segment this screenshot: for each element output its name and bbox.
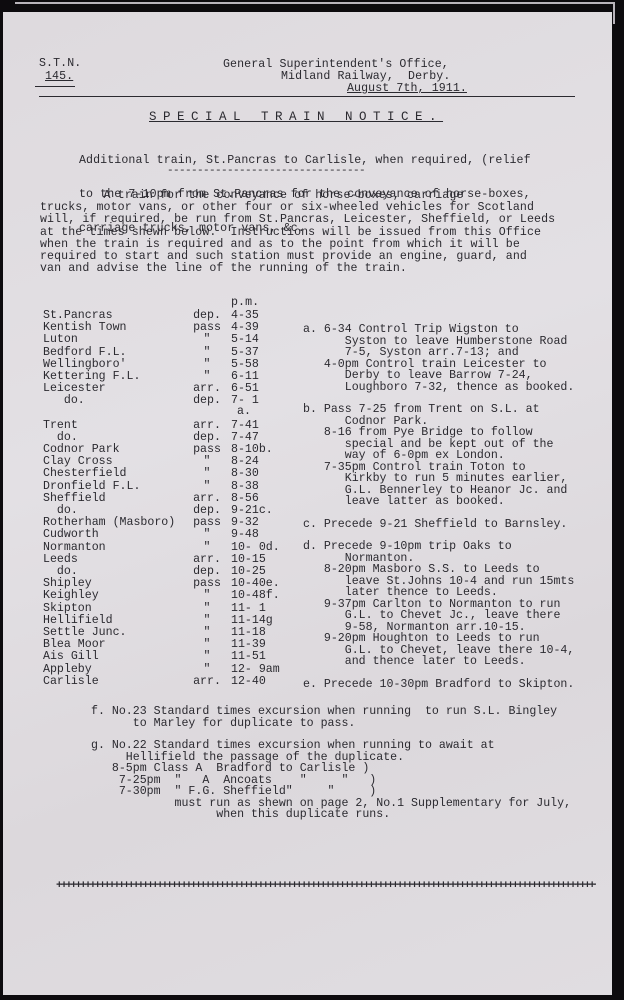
station-name: St.Pancras (43, 309, 113, 322)
pm-label: p.m. (231, 297, 259, 308)
time-value: 8-10b. (231, 443, 273, 456)
arrival-mark: " (187, 333, 227, 346)
footnote-g: g. No.22 Standard times excursion when r… (91, 740, 601, 821)
footnote-f: f. No.23 Standard times excursion when r… (91, 706, 601, 729)
station-name: Leicester (43, 382, 106, 395)
arrival-mark: dep. (187, 431, 227, 444)
note-c: c. Precede 9-21 Sheffield to Barnsley. (303, 519, 603, 531)
subtitle-rule: --------------------------------- (167, 165, 365, 177)
timetable-row: Hellifield"11-14g (43, 614, 293, 626)
note-d: d. Precede 9-10pm trip Oaks to Normanton… (303, 541, 603, 668)
arrival-mark: " (187, 467, 227, 480)
time-value: 4-39 (231, 321, 259, 334)
time-value: 8-38 (231, 480, 259, 493)
footnotes: f. No.23 Standard times excursion when r… (91, 706, 601, 832)
station-name: Appleby (43, 663, 92, 676)
station-name: Chesterfield (43, 467, 127, 480)
arrival-mark: arr. (187, 419, 227, 432)
timetable-row: Clay Cross"8-24 (43, 455, 293, 467)
time-value: 10-40e. (231, 577, 280, 590)
end-marker: ++++++++++++++++++++++++++++++++++++++++… (56, 880, 596, 892)
station-name: do. (43, 431, 78, 444)
timetable-row: Blea Moor"11-39 (43, 638, 293, 650)
station-name: do. (43, 504, 78, 517)
station-name: Ais Gill (43, 650, 99, 663)
arrival-mark: " (187, 589, 227, 602)
timetable-row: do.dep.10-25 (43, 565, 293, 577)
station-name: Trent (43, 419, 78, 432)
arrival-mark: " (187, 358, 227, 371)
note-e: e. Precede 10-30pm Bradford to Skipton. (303, 679, 603, 691)
station-name: Shipley (43, 577, 92, 590)
notice-title: SPECIAL TRAIN NOTICE. (149, 110, 443, 124)
station-name: Carlisle (43, 675, 99, 688)
timetable-row: Normanton"10- 0d. (43, 541, 293, 553)
station-name: Blea Moor (43, 638, 106, 651)
station-name: Luton (43, 333, 78, 346)
timetable-row: Bedford F.L."5-37 (43, 346, 293, 358)
time-value: 6-11 (231, 370, 259, 383)
time-value: 10- 0d. (231, 541, 280, 554)
arrival-mark: " (187, 626, 227, 639)
time-value: 5-14 (231, 333, 259, 346)
arrival-mark: pass (187, 516, 227, 529)
office-line1: General Superintendent's Office, (223, 59, 449, 70)
timetable-row: Sheffieldarr.8-56 (43, 492, 293, 504)
time-value: 11- 1 (231, 602, 266, 615)
time-value: 11-18 (231, 626, 266, 639)
office-line2: Midland Railway, Derby. (281, 71, 450, 82)
arrival-mark: arr. (187, 675, 227, 688)
time-value: 7-47 (231, 431, 259, 444)
time-value: 11-39 (231, 638, 266, 651)
timetable-row: Skipton"11- 1 (43, 602, 293, 614)
note-a: a. 6-34 Control Trip Wigston to Syston t… (303, 324, 603, 393)
station-name: Settle Junc. (43, 626, 127, 639)
intro-line: at the times shewn below. Instructions w… (40, 227, 555, 239)
arrival-mark: " (187, 663, 227, 676)
timetable-notes: a. 6-34 Control Trip Wigston to Syston t… (303, 324, 603, 701)
timetable-row: do.dep.9-21c. (43, 504, 293, 516)
timetable-row: Dronfield F.L."8-38 (43, 480, 293, 492)
station-name: Bedford F.L. (43, 346, 127, 359)
time-value: 7-41 (231, 419, 259, 432)
station-name: Leeds (43, 553, 78, 566)
time-value: 12-40 (231, 675, 266, 688)
arrival-mark: " (187, 602, 227, 615)
station-name: Normanton (43, 541, 106, 554)
arrival-mark: " (187, 638, 227, 651)
arrival-mark: " (187, 370, 227, 383)
station-name: Hellifield (43, 614, 113, 627)
timetable-row: Appleby"12- 9am (43, 663, 293, 675)
timetable-row: Carlislearr.12-40 (43, 675, 293, 687)
timetable-row: Leicesterarr.6-51 (43, 382, 293, 394)
station-name: Kettering F.L. (43, 370, 140, 383)
time-value: 10-48f. (231, 589, 280, 602)
arrival-mark: " (187, 528, 227, 541)
timetable-row: Kentish Townpass4-39 (43, 321, 293, 333)
timetable-row: Shipleypass10-40e. (43, 577, 293, 589)
timetable-row: Rotherham (Masboro)pass9-32 (43, 516, 293, 528)
station-name: Clay Cross (43, 455, 113, 468)
arrival-mark: arr. (187, 553, 227, 566)
timetable-row: Wellingboro'"5-58 (43, 358, 293, 370)
station-name: do. (43, 565, 78, 578)
ref-number: 145. (45, 71, 73, 82)
notice-date: August 7th, 1911. (347, 83, 467, 94)
station-name: Cudworth (43, 528, 99, 541)
note-b: b. Pass 7-25 from Trent on S.L. at Codno… (303, 404, 603, 508)
station-name: Sheffield (43, 492, 106, 505)
header-rule (39, 96, 575, 97)
timetable-row: do.dep.7-47 (43, 431, 293, 443)
timetable-row: Ais Gill"11-51 (43, 650, 293, 662)
timetable-row: Cudworth"9-48 (43, 528, 293, 540)
arrival-mark: dep. (187, 394, 227, 407)
intro-line: will, if required, be run from St.Pancra… (40, 214, 555, 226)
timetable-row: Codnor Parkpass8-10b. (43, 443, 293, 455)
time-value: 8-24 (231, 455, 259, 468)
time-value: 8-30 (231, 467, 259, 480)
time-value: 7- 1 (231, 394, 259, 407)
time-value: 5-37 (231, 346, 259, 359)
time-value: 9-32 (231, 516, 259, 529)
timetable-row: Luton"5-14 (43, 333, 293, 345)
time-value: 5-58 (231, 358, 259, 371)
arrival-mark: arr. (187, 492, 227, 505)
station-name: Wellingboro' (43, 358, 127, 371)
ref-underline (35, 86, 75, 87)
arrival-mark: " (187, 650, 227, 663)
arrival-mark: dep. (187, 565, 227, 578)
ref-code: S.T.N. (39, 58, 81, 69)
timetable-row: Keighley"10-48f. (43, 589, 293, 601)
arrival-mark: pass (187, 321, 227, 334)
timetable-row: Leedsarr.10-15 (43, 553, 293, 565)
time-value: 10-25 (231, 565, 266, 578)
timetable-row: Chesterfield"8-30 (43, 467, 293, 479)
time-value: 6-51 (231, 382, 259, 395)
intro-paragraph: A train for the conveyance of horse-boxe… (40, 190, 555, 275)
time-value: 12- 9am (231, 663, 280, 676)
timetable-row: do.dep.7- 1 (43, 394, 293, 406)
intro-line: van and advise the line of the running o… (40, 263, 555, 275)
arrival-mark: dep. (187, 504, 227, 517)
station-name: Kentish Town (43, 321, 127, 334)
timetable-row: Settle Junc."11-18 (43, 626, 293, 638)
arrival-mark: dep. (187, 309, 227, 322)
arrival-mark: arr. (187, 382, 227, 395)
arrival-mark: " (187, 346, 227, 359)
time-value: 11-14g (231, 614, 273, 627)
time-value: 9-21c. (231, 504, 273, 517)
arrival-mark: pass (187, 443, 227, 456)
timetable-row: St.Pancrasdep.4-35 (43, 309, 293, 321)
time-value: 9-48 (231, 528, 259, 541)
am-label: a. (237, 406, 251, 417)
time-value: 10-15 (231, 553, 266, 566)
document-page: S.T.N. 145. General Superintendent's Off… (3, 12, 612, 995)
time-value: 8-56 (231, 492, 259, 505)
station-name: Codnor Park (43, 443, 120, 456)
timetable-row: Trentarr.7-41 (43, 419, 293, 431)
station-name: Skipton (43, 602, 92, 615)
station-name: Rotherham (Masboro) (43, 516, 175, 529)
arrival-mark: pass (187, 577, 227, 590)
arrival-mark: " (187, 541, 227, 554)
station-name: Keighley (43, 589, 99, 602)
time-value: 11-51 (231, 650, 266, 663)
time-value: 4-35 (231, 309, 259, 322)
arrival-mark: " (187, 480, 227, 493)
station-name: Dronfield F.L. (43, 480, 140, 493)
timetable-row: Kettering F.L."6-11 (43, 370, 293, 382)
arrival-mark: " (187, 455, 227, 468)
station-name: do. (43, 394, 85, 407)
arrival-mark: " (187, 614, 227, 627)
